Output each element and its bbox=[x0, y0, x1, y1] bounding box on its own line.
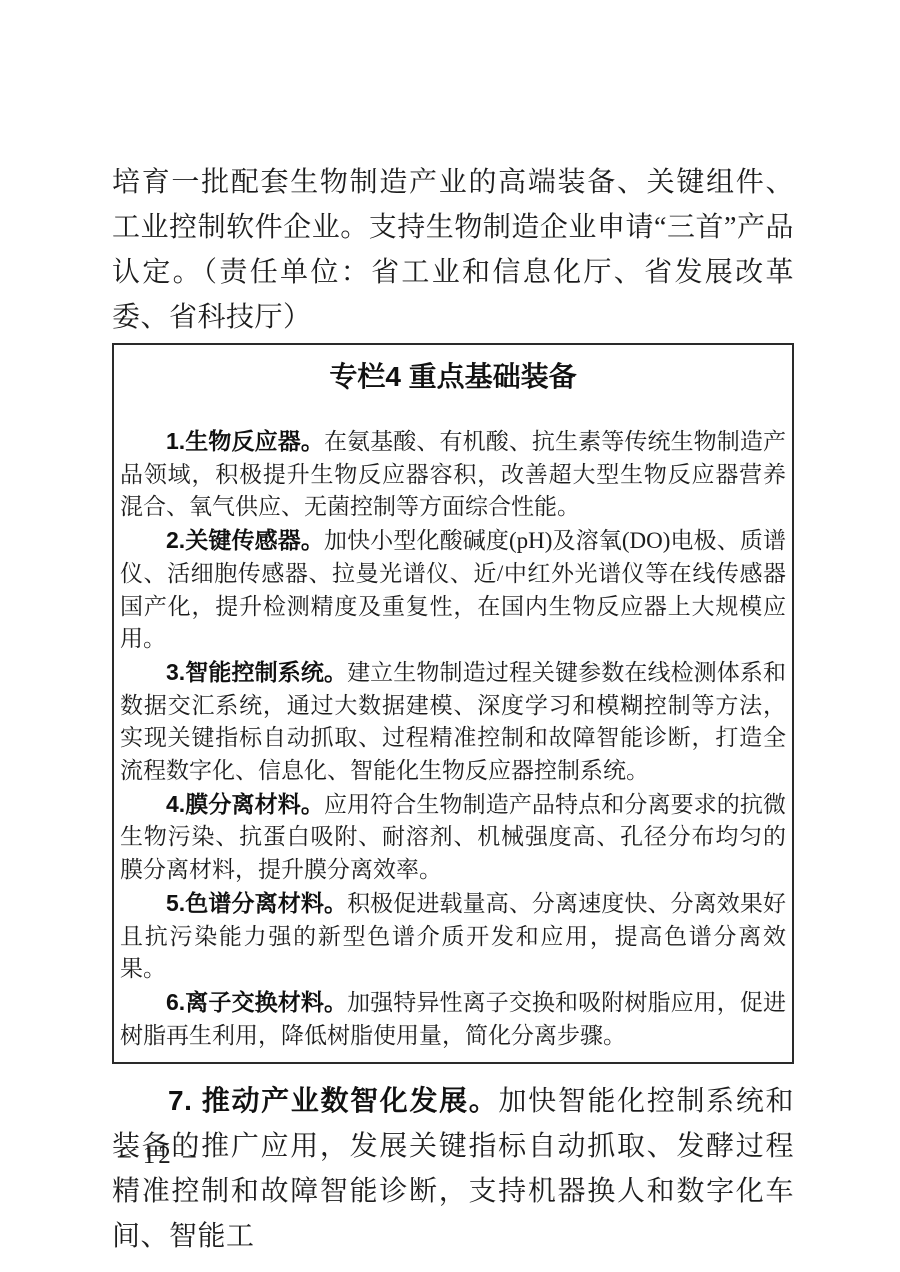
document-page: { "intro_paragraph": { "text": "培育一批配套生物… bbox=[0, 0, 900, 1272]
box-item-chromatography-materials: 5.色谱分离材料。积极促进载量高、分离速度快、分离效果好且抗污染能力强的新型色谱… bbox=[120, 887, 786, 986]
box-item-membrane-materials: 4.膜分离材料。应用符合生物制造产品特点和分离要求的抗微生物污染、抗蛋白吸附、耐… bbox=[120, 788, 786, 887]
intro-paragraph: 培育一批配套生物制造产业的高端装备、关键组件、工业控制软件企业。支持生物制造企业… bbox=[112, 160, 794, 340]
feature-box-column-4: 专栏4 重点基础装备 1.生物反应器。在氨基酸、有机酸、抗生素等传统生物制造产品… bbox=[112, 343, 794, 1064]
box-item-label: 6.离子交换材料。 bbox=[166, 989, 347, 1015]
paragraph-7: 7. 推动产业数智化发展。加快智能化控制系统和装备的推广应用，发展关键指标自动抓… bbox=[112, 1078, 794, 1259]
box-item-bioreactor: 1.生物反应器。在氨基酸、有机酸、抗生素等传统生物制造产品领域，积极提升生物反应… bbox=[120, 425, 786, 524]
box-item-intelligent-control: 3.智能控制系统。建立生物制造过程关键参数在线检测体系和数据交汇系统，通过大数据… bbox=[120, 656, 786, 788]
paragraph-7-heading: 7. 推动产业数智化发展。 bbox=[168, 1085, 498, 1116]
box-item-ion-exchange-materials: 6.离子交换材料。加强特异性离子交换和吸附树脂应用，促进树脂再生利用，降低树脂使… bbox=[120, 986, 786, 1052]
box-item-label: 2.关键传感器。 bbox=[166, 527, 324, 553]
box-item-key-sensors: 2.关键传感器。加快小型化酸碱度(pH)及溶氧(DO)电极、质谱仪、活细胞传感器… bbox=[120, 524, 786, 656]
page-number: – 12 – bbox=[118, 1142, 199, 1170]
page-content: 培育一批配套生物制造产业的高端装备、关键组件、工业控制软件企业。支持生物制造企业… bbox=[112, 160, 794, 1259]
box-item-label: 5.色谱分离材料。 bbox=[166, 890, 347, 916]
box-item-label: 4.膜分离材料。 bbox=[166, 791, 324, 817]
box-item-label: 1.生物反应器。 bbox=[166, 428, 324, 454]
box-item-label: 3.智能控制系统。 bbox=[166, 659, 347, 685]
feature-box-title: 专栏4 重点基础装备 bbox=[120, 355, 786, 399]
